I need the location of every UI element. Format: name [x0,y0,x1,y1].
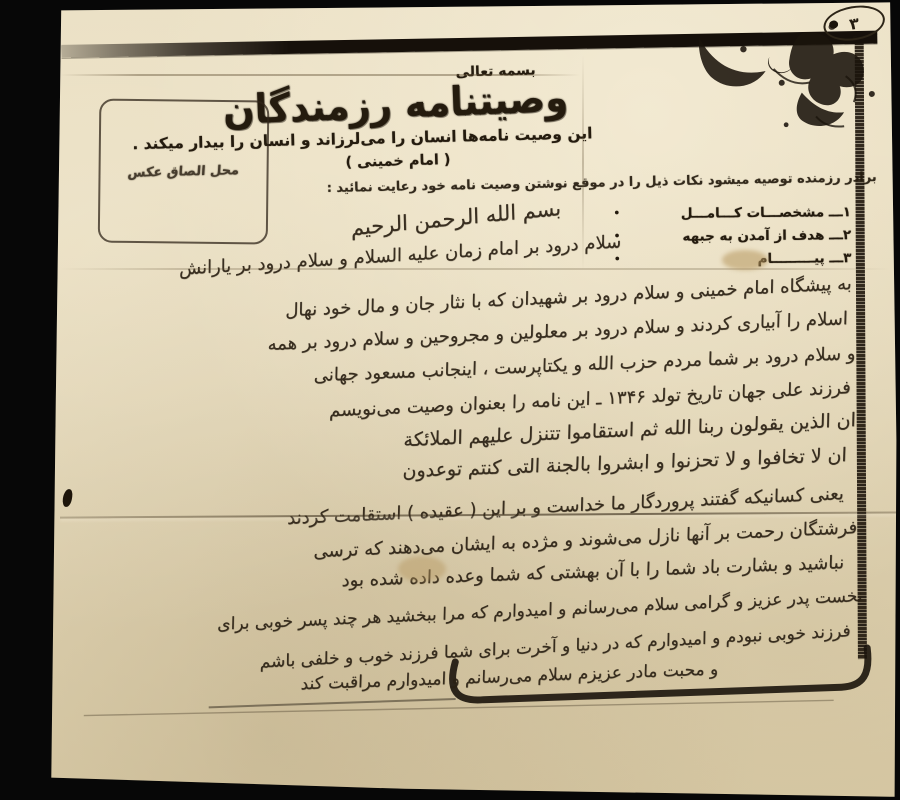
checklist-item-label: ۲ـــ هدف از آمدن به جبهه [682,227,851,245]
bullet-dot-icon: • [613,206,621,221]
checklist-item: ۱ـــ مشخصـــات کـــامـــل • [613,200,851,225]
checklist-item-label: ۳ـــ پیـــــــــام [757,250,851,267]
stain-spot [398,556,446,582]
stain-spot [722,250,768,270]
bullet-dot-icon: • [613,252,621,267]
floral-corner-ornament-icon [685,24,886,148]
photo-stamp-box: محل الصاق عکس [98,99,270,245]
page-number-value: ۳ [848,13,861,33]
quote-attribution: ( امام خمینی ) [345,152,451,171]
photo-stamp-label: محل الصاق عکس [127,163,239,181]
checklist-item: ۲ـــ هدف از آمدن به جبهه • [613,223,851,248]
checklist-item-label: ۱ـــ مشخصـــات کـــامـــل [681,204,851,222]
scanned-paper: ۳ بسمه تعالی وصیتنامه رزمندگان این وصیت … [0,0,900,800]
scan-background: { "colors": { "background": "#070707", "… [0,0,900,800]
page-content: ۳ بسمه تعالی وصیتنامه رزمندگان این وصیت … [0,0,900,800]
